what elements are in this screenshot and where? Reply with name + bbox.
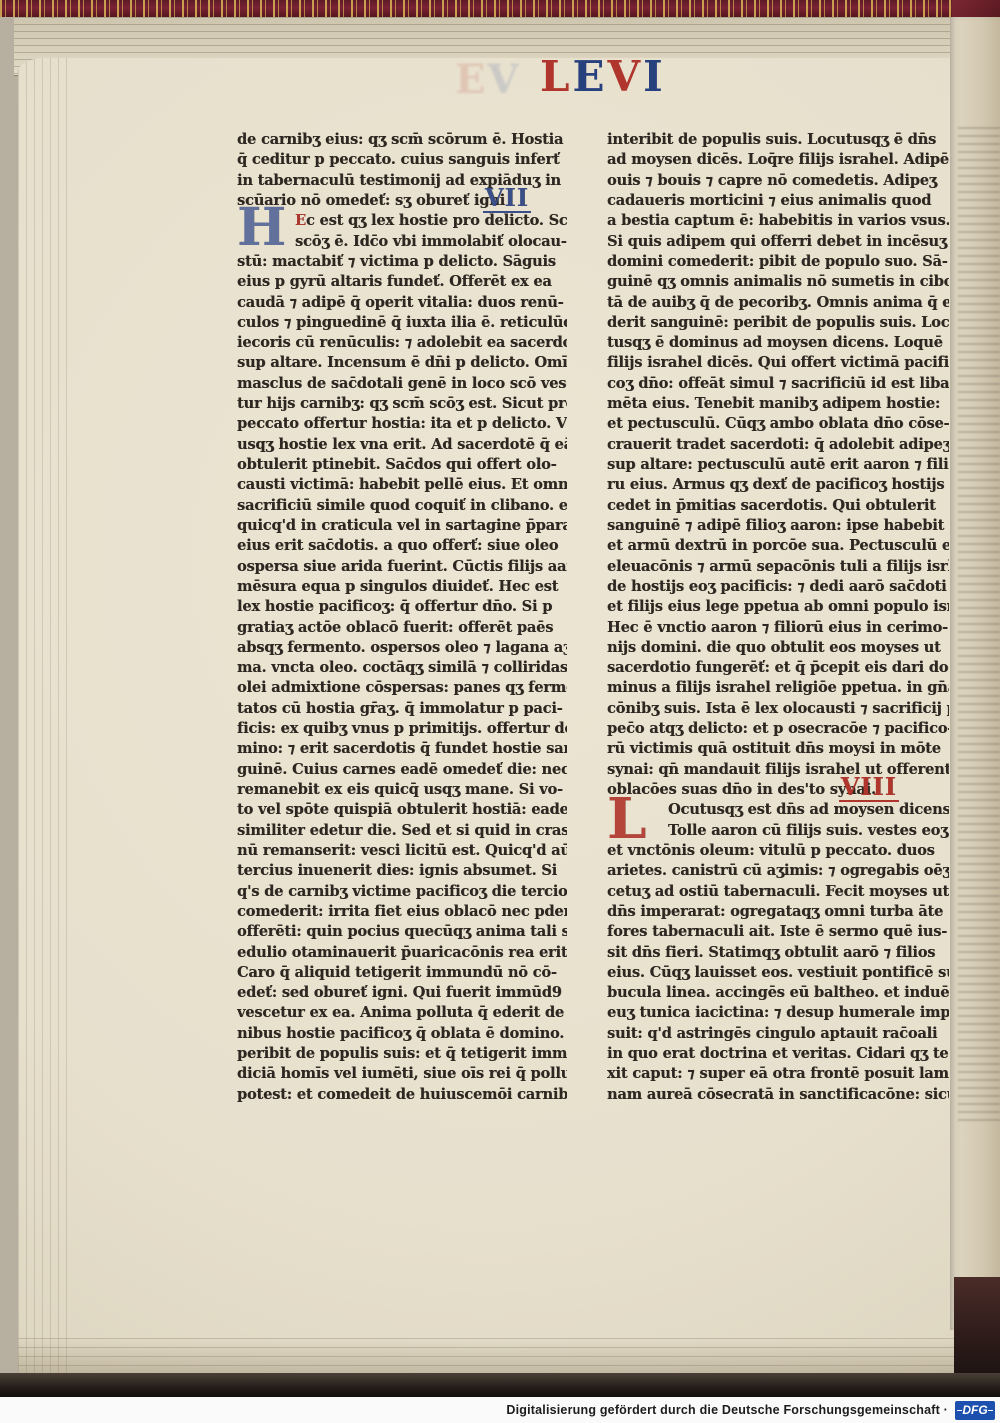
- text-line: ad moysen dicēs. Loq̄re filijs israhel. …: [607, 150, 949, 170]
- text-line: Hec ē vnctio aaron ⁊ filiorū eius in cer…: [607, 618, 949, 638]
- text-line: sacerdotio fungerēť: et q̄ p̄cepit eis d…: [607, 658, 949, 678]
- text-line: guinē qʒ omnis animalis nō sumetis in ci…: [607, 272, 949, 292]
- text-line: Tolle aaron cū filijs suis. vestes eoʒ: [607, 821, 949, 841]
- text-line: Si quis adipem qui offerri debet in incē…: [607, 232, 949, 252]
- text-line: tusqʒ ē dominus ad moysen dicens. Loquē: [607, 333, 949, 353]
- text-line: suit: q'd astringēs cingulo aptauit rac̄…: [607, 1024, 949, 1044]
- text-line: et filijs eius lege ppetua ab omni popul…: [607, 597, 949, 617]
- text-line: rū victimis quā ostituit dn̄s moysi in m…: [607, 739, 949, 759]
- page-curl-lines: [18, 58, 70, 1380]
- text-line: causti victimā: habebit pellē eius. Et o…: [237, 475, 567, 495]
- text-line: cadaueris morticini ⁊ eius animalis quod: [607, 191, 949, 211]
- text-line: sacrificiū simile quod coquiť in clibano…: [237, 496, 567, 516]
- title-letter: L: [540, 52, 573, 101]
- text-line: Ocutusqʒ est dn̄s ad moysen dicens.: [607, 800, 949, 820]
- text-line: tur hijs carnibʒ: qʒ scm̄ scōʒ est. Sicu…: [237, 394, 567, 414]
- digitization-footer: Digitalisierung gefördert durch die Deut…: [0, 1397, 1000, 1423]
- text-line: cetuʒ ad ostiū tabernaculi. Fecit moyses…: [607, 882, 949, 902]
- title-letter: V: [608, 52, 644, 101]
- text-line: sanguinē ⁊ adipē filioʒ aaron: ipse habe…: [607, 516, 949, 536]
- text-line: a bestia captum ē: habebitis in varios v…: [607, 211, 949, 231]
- next-page-edge: [950, 17, 1000, 1330]
- text-line: q̄ ceditur p peccato. cuius sanguis infe…: [237, 150, 567, 170]
- text-line: euʒ tunica iacictina: ⁊ desup humerale i…: [607, 1003, 949, 1023]
- text-line: bucula linea. accingēs eū baltheo. et in…: [607, 983, 949, 1003]
- text-line: cedet in p̄mitias sacerdotis. Qui obtule…: [607, 496, 949, 516]
- chapter-numeral-viii: VIII: [839, 775, 899, 802]
- text-line: offerēti: quin pocius quecūqʒ anima tali…: [237, 922, 567, 942]
- text-line: minus a filijs israhel religiōe ppetua. …: [607, 678, 949, 698]
- text-line: interibit de populis suis. Locutusqʒ ē d…: [607, 130, 949, 150]
- text-line: edulio otaminauerit p̄uaricacōnis rea er…: [237, 943, 567, 963]
- drop-cap-initial-h: H: [237, 207, 286, 250]
- text-line: peribit de populis suis: et q̄ tetigerit…: [237, 1044, 567, 1064]
- scanned-manuscript-page: { "header": { "letters": [ {"char": "L",…: [0, 0, 1000, 1423]
- text-line: xit caput: ⁊ super eā otra frontē posuit…: [607, 1064, 949, 1084]
- text-line: cōnibʒ suis. Ista ē lex olocausti ⁊ sacr…: [607, 699, 949, 719]
- text-line: de carnibʒ eius: qʒ scm̄ scōrum ē. Hosti…: [237, 130, 567, 150]
- text-line: culos ⁊ pinguedinē q̄ iuxta ilia ē. reti…: [237, 313, 567, 333]
- text-line: comederit: irrita fiet eius oblacō nec p…: [237, 902, 567, 922]
- scan-dark-band: [0, 1373, 1000, 1397]
- text-line: ospersa siue arida fuerint. Cūctis filij…: [237, 557, 567, 577]
- title-letter: I: [643, 52, 666, 101]
- text-line: arietes. canistrū cū aʒimis: ⁊ ogregabis…: [607, 861, 949, 881]
- text-line: mino: ⁊ erit sacerdotis q̄ fundet hostie…: [237, 739, 567, 759]
- text-line: ficis: ex quibʒ vnus p primitijs. offert…: [237, 719, 567, 739]
- dfg-logo: DFG: [955, 1401, 995, 1420]
- text-line: et vnctōnis oleum: vitulū p peccato. duo…: [607, 841, 949, 861]
- digitization-credit-text: Digitalisierung gefördert durch die Deut…: [506, 1403, 948, 1417]
- text-line: diciā homīs vel iumēti, siue oīs rei q̄ …: [237, 1064, 567, 1084]
- text-line: eleuacōnis ⁊ armū sepacōnis tuli a filij…: [607, 557, 949, 577]
- title-letter: V: [488, 56, 521, 103]
- chapter-numeral-vii: VII: [483, 186, 531, 213]
- header-ink-offset-ghost: EV: [455, 60, 521, 100]
- text-line: mēsura equa p singulos diuideť. Hec est: [237, 577, 567, 597]
- text-line: et pectusculū. Cūqʒ ambo oblata dn̄o cōs…: [607, 414, 949, 434]
- text-column-left: de carnibʒ eius: qʒ scm̄ scōrum ē. Hosti…: [237, 130, 567, 1105]
- text-line: tā de auibʒ q̄ de pecoribʒ. Omnis anima …: [607, 293, 949, 313]
- text-line: ma. vncta oleo. coctāqʒ similā ⁊ colliri…: [237, 658, 567, 678]
- text-line: eius. Cūqʒ lauisset eos. vestiuit pontif…: [607, 963, 949, 983]
- text-line: mēta eius. Tenebit manibʒ adipem hostie:: [607, 394, 949, 414]
- text-line: in quo erat doctrina et veritas. Cidari …: [607, 1044, 949, 1064]
- text-line: quicq'd in craticula vel in sartagine p̄…: [237, 516, 567, 536]
- text-line: eius erit sac̄dotis. a quo offerť: siue …: [237, 536, 567, 556]
- text-line: usqʒ hostie lex vna erit. Ad sacerdotē q…: [237, 435, 567, 455]
- text-line: filijs israhel dicēs. Qui offert victimā…: [607, 353, 949, 373]
- text-line: pec̄o atqʒ delicto: et p osecracōe ⁊ pac…: [607, 719, 949, 739]
- text-line: tercius inuenerit dies: ignis absumet. S…: [237, 861, 567, 881]
- text-line: lex hostie pacificoʒ: q̄ offertur dn̄o. …: [237, 597, 567, 617]
- text-line: potest: et comedeit de huiuscemōi carnib…: [237, 1085, 567, 1105]
- text-line: vescetur ex ea. Anima polluta q̄ ederit …: [237, 1003, 567, 1023]
- text-line: nijs domini. die quo obtulit eos moyses …: [607, 638, 949, 658]
- text-line: gratiaʒ actōe oblacō fuerit: offerēt paē…: [237, 618, 567, 638]
- text-line: eius p gyrū altaris fundeť. Offerēt ex e…: [237, 272, 567, 292]
- text-line: sup altare: pectusculū autē erit aaron ⁊…: [607, 455, 949, 475]
- text-line: ouis ⁊ bouis ⁊ capre nō comedetis. Adipe…: [607, 171, 949, 191]
- text-line: coʒ dn̄o: offeāt simul ⁊ sacrificiū id e…: [607, 374, 949, 394]
- rubricated-capital: E: [295, 212, 306, 229]
- text-line: nibus hostie pacificoʒ q̄ oblata ē domin…: [237, 1024, 567, 1044]
- text-column-right: interibit de populis suis. Locutusqʒ ē d…: [607, 130, 949, 1105]
- text-line: nam aureā cōsecratā in sanctificacōne: s…: [607, 1085, 949, 1105]
- text-line: derit sanguinē: peribit de populis suis.…: [607, 313, 949, 333]
- text-line: masclus de sac̄dotali genē in loco scō v…: [237, 374, 567, 394]
- text-line: sit dn̄s fieri. Statimqʒ obtulit aarō ⁊ …: [607, 943, 949, 963]
- text-line: nū remanserit: vesci licitū est. Quicq'd…: [237, 841, 567, 861]
- text-line: to vel spōte quispiā obtulerit hostiā: e…: [237, 800, 567, 820]
- text-line: fores tabernaculi ait. Iste ē sermo quē …: [607, 922, 949, 942]
- title-letter: E: [455, 56, 488, 103]
- drop-cap-initial-l: L: [607, 797, 646, 843]
- text-line: Ec est qʒ lex hostie pro delicto. Scā: [237, 211, 567, 231]
- text-line: sup altare. Incensum ē dn̄i p delicto. O…: [237, 353, 567, 373]
- text-line: iecoris cū renūculis: ⁊ adolebit ea sace…: [237, 333, 567, 353]
- text-line: edeť: sed obureť igni. Qui fuerit immūd9: [237, 983, 567, 1003]
- text-line: q's de carnibʒ victime pacificoʒ die ter…: [237, 882, 567, 902]
- text-line: et armū dextrū in porcōe sua. Pectusculū…: [607, 536, 949, 556]
- text-line: tatos cū hostia gr̄aʒ. q̄ immolatur p pa…: [237, 699, 567, 719]
- running-title-levi: LEVI: [540, 56, 666, 98]
- text-line: scōʒ ē. Idc̄o vbi immolabiť olocau-: [237, 232, 567, 252]
- text-line: peccato offertur hostia: ita et p delict…: [237, 414, 567, 434]
- text-line: obtulerit ptinebit. Sac̄dos qui offert o…: [237, 455, 567, 475]
- title-letter: E: [573, 52, 608, 101]
- text-line: similiter edetur die. Sed et si quid in …: [237, 821, 567, 841]
- book-head-binding-band: [0, 0, 1000, 17]
- text-line: de hostijs eoʒ pacificis: ⁊ dedi aarō sa…: [607, 577, 949, 597]
- text-line: domini comederit: pibit de populo suo. S…: [607, 252, 949, 272]
- text-line: Caro q̄ aliquid tetigerit immundū nō cō-: [237, 963, 567, 983]
- text-line: dn̄s imperarat: ogregataqʒ omni turba āt…: [607, 902, 949, 922]
- text-line: olei admixtione cōspersas: panes qʒ ferm…: [237, 678, 567, 698]
- next-page-showthrough-text: [958, 127, 1000, 1127]
- text-line: ru eius. Armus qʒ dexť de pacificoʒ host…: [607, 475, 949, 495]
- text-line: caudā ⁊ adipē q̄ operit vitalia: duos re…: [237, 293, 567, 313]
- text-line: guinē. Cuius carnes eadē omedeť die: nec: [237, 760, 567, 780]
- text-line: stū: mactabiť ⁊ victima p delicto. Sāgui…: [237, 252, 567, 272]
- text-line: absqʒ fermento. ospersos oleo ⁊ lagana a…: [237, 638, 567, 658]
- text-line: remanebit ex eis quicq̄ usqʒ mane. Si vo…: [237, 780, 567, 800]
- text-line: crauerit tradet sacerdoti: q̄ adolebit a…: [607, 435, 949, 455]
